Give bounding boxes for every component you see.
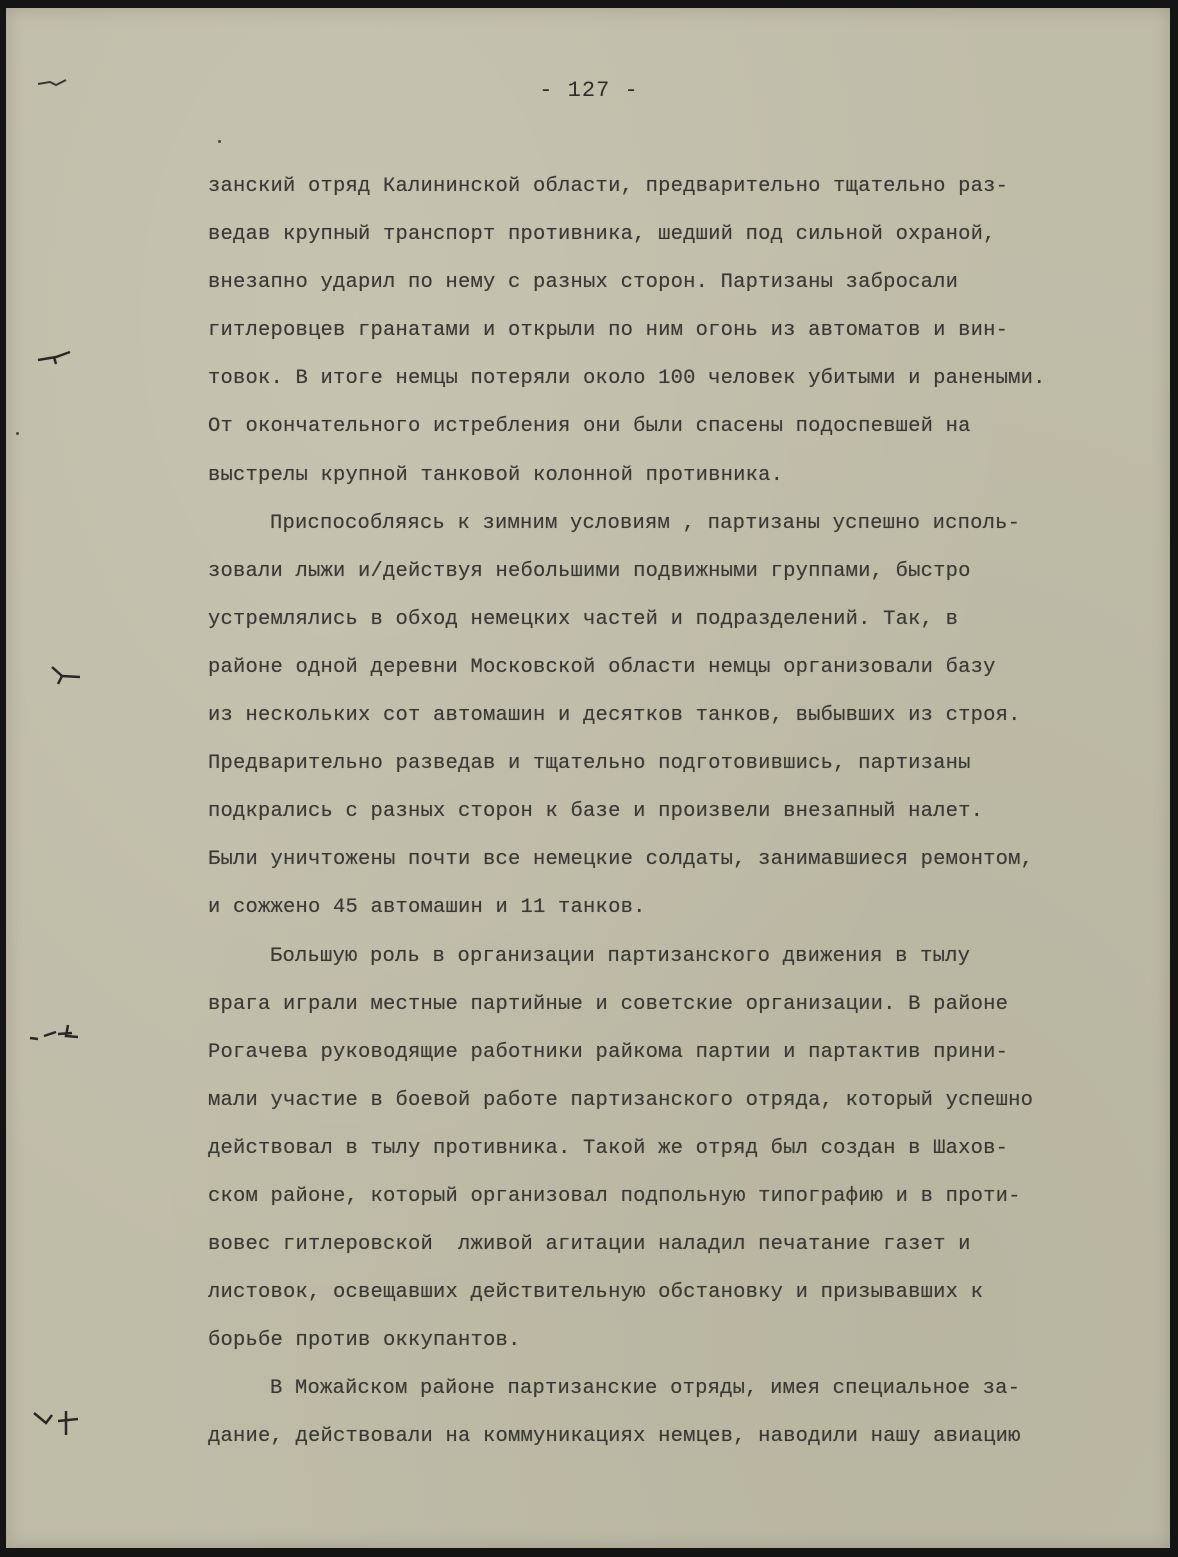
binding-hole-mark (28, 1018, 86, 1044)
text-line: подкрались с разных сторон к базе и прои… (208, 795, 1168, 843)
text-line: дание, действовали на коммуникациях немц… (208, 1420, 1168, 1468)
text-line: гитлеровцев гранатами и открыли по ним о… (208, 314, 1168, 362)
text-line: Предварительно разведав и тщательно подг… (208, 747, 1168, 795)
text-line: мали участие в боевой работе партизанско… (208, 1084, 1168, 1132)
text-line: из нескольких сот автомашин и десятков т… (208, 699, 1168, 747)
text-line: листовок, освещавших действительную обст… (208, 1276, 1168, 1324)
text-line: зовали лыжи и/действуя небольшими подвиж… (208, 555, 1168, 603)
text-line: Были уничтожены почти все немецкие солда… (208, 843, 1168, 891)
text-line: Рогачева руководящие работники райкома п… (208, 1036, 1168, 1084)
text-line: действовал в тылу противника. Такой же о… (208, 1132, 1168, 1180)
text-line: ском районе, который организовал подполь… (208, 1180, 1168, 1228)
text-line: устремлялись в обход немецких частей и п… (208, 603, 1168, 651)
paragraph-first-line: В Можайском районе партизанские отряды, … (208, 1372, 1168, 1420)
paper-speck (16, 432, 19, 435)
text-line: внезапно ударил по нему с разных сторон.… (208, 266, 1168, 314)
text-line: вовес гитлеровской лживой агитации налад… (208, 1228, 1168, 1276)
text-line: врага играли местные партийные и советск… (208, 988, 1168, 1036)
text-line: и сожжено 45 автомашин и 11 танков. (208, 891, 1168, 939)
document-body: занский отряд Калининской области, предв… (208, 170, 1168, 1469)
text-line: выстрелы крупной танковой колонной проти… (208, 459, 1168, 507)
text-line: От окончательного истребления они были с… (208, 410, 1168, 458)
binding-hole-mark (30, 1405, 90, 1435)
text-line: занский отряд Калининской области, предв… (208, 170, 1168, 218)
binding-hole-mark (34, 348, 74, 368)
paragraph-first-line: Приспособляясь к зимним условиям , парти… (208, 507, 1168, 555)
text-line: товок. В итоге немцы потеряли около 100 … (208, 362, 1168, 410)
binding-hole-mark (50, 664, 84, 690)
page-number: - 127 - (0, 78, 1178, 103)
text-line: борьбе против оккупантов. (208, 1324, 1168, 1372)
paragraph-first-line: Большую роль в организации партизанского… (208, 940, 1168, 988)
paper-speck (218, 140, 221, 143)
text-line: районе одной деревни Московской области … (208, 651, 1168, 699)
text-line: ведав крупный транспорт противника, шедш… (208, 218, 1168, 266)
